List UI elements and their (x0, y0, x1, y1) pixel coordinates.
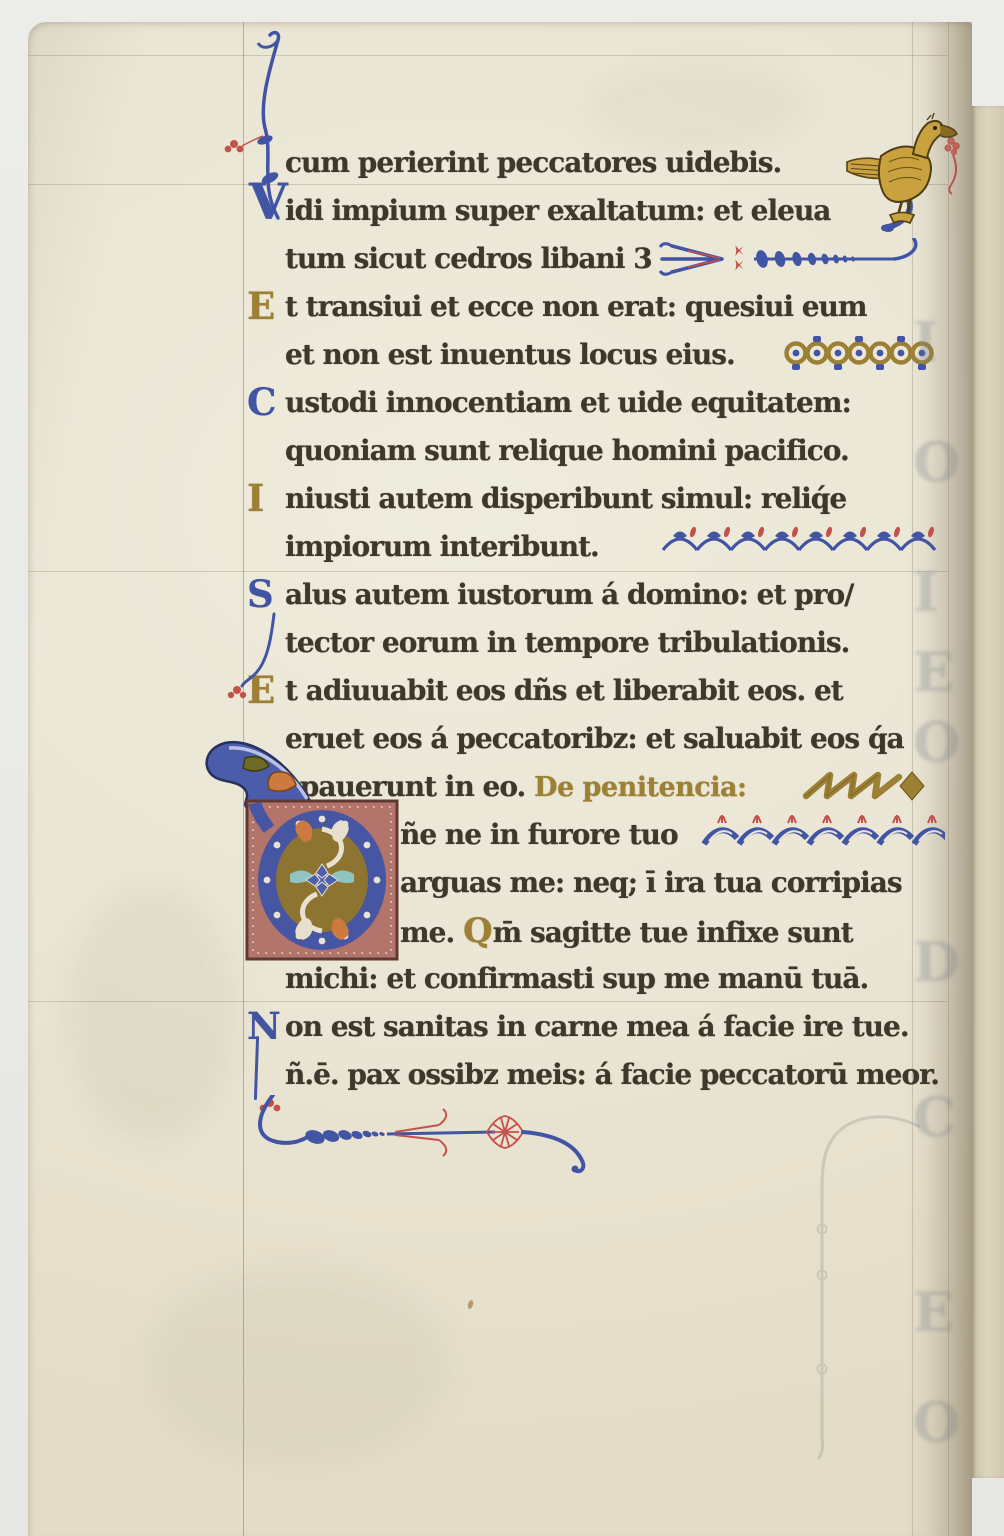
line-segment: niusti autem disperibunt simul: reliq́e (285, 482, 846, 515)
text-line: tum sicut cedros libani 3 (28, 236, 972, 284)
line-segment: on est sanitas in carne mea á facie ire… (285, 1010, 909, 1043)
adjacent-page-edge (972, 106, 1004, 1478)
line-segment: ustodi innocentiam et uide equitatem: (285, 386, 851, 419)
line-text: me. Qm̄ sagitte tue infixe sunt (400, 908, 853, 960)
text-line: michi: et confirmasti sup me manū tuā. (28, 956, 972, 1004)
text-line: eruet eos á peccatoribz: et saluabit eo… (28, 716, 972, 764)
versal-initial-I: I (247, 476, 264, 520)
line-text: idi impium super exaltatum: et eleua (285, 188, 830, 238)
text-line: Vidi impium super exaltatum: et eleua (28, 188, 972, 236)
line-text: ñe ne in furore tuo (400, 812, 678, 862)
line-segment: quoniam sunt relique homini pacifico. (285, 434, 849, 467)
text-line: Custodi innocentiam et uide equitatem: (28, 380, 972, 428)
text-line: Et transiui et ecce non erat: quesiui eu… (28, 284, 972, 332)
s-initial-descender-flourish (226, 610, 286, 706)
versal-initial-N: N (247, 1004, 281, 1048)
text-line: Non est sanitas in carne mea á facie ir… (28, 1004, 972, 1052)
text-line: me. Qm̄ sagitte tue infixe sunt (28, 908, 972, 956)
text-line: ñe ne in furore tuo (28, 812, 972, 860)
parchment-page: cum perierint peccatores uidebis.Vidi im… (28, 22, 972, 1536)
text-line: cum perierint peccatores uidebis. (28, 140, 972, 188)
text-line: et non est inuentus locus eius. (28, 332, 972, 380)
line-text: arguas me: neq; ī ira tua corripias (400, 860, 902, 910)
line-segment: michi: et confirmasti sup me manū tuā. (285, 962, 868, 995)
line-segment: tector eorum in tempore tribulationis. (285, 626, 849, 659)
line-text: tum sicut cedros libani 3 (285, 236, 652, 286)
text-line: quoniam sunt relique homini pacifico. (28, 428, 972, 476)
rubric-segment: De penitencia: (534, 772, 746, 803)
line-segment: alus autem iustorum á domino: et pro/ (285, 578, 853, 611)
text-line: spauerunt in eo. De penitencia: (28, 764, 972, 812)
illuminated-initial-d (195, 733, 400, 966)
line-text: alus autem iustorum á domino: et pro/ (285, 572, 853, 622)
text-line: Iniusti autem disperibunt simul: reliq́e (28, 476, 972, 524)
line-segment: impiorum interibunt. (285, 530, 599, 563)
line-text: t adiuuabit eos dñs et liberabit eos. et (285, 668, 843, 718)
line-text: tector eorum in tempore tribulationis. (285, 620, 849, 670)
line-segment: cum perierint peccatores uidebis. (285, 146, 781, 179)
versal-initial-E: E (247, 284, 275, 328)
line-text: cum perierint peccatores uidebis. (285, 140, 781, 190)
page-fore-edge (926, 22, 972, 1536)
rubric-segment: Q (463, 911, 493, 951)
text-line: tector eorum in tempore tribulationis. (28, 620, 972, 668)
line-segment: tum sicut cedros libani 3 (285, 242, 652, 275)
line-segment: et non est inuentus locus eius. (285, 338, 735, 371)
line-text: t transiui et ecce non erat: quesiui eum (285, 284, 867, 334)
line-text: impiorum interibunt. (285, 524, 599, 574)
line-segment: me. (400, 916, 463, 949)
manuscript-photo: { "document": { "kind": "Illuminated Lat… (0, 0, 1004, 1536)
line-segment: ñ.ē. pax ossibz meis: á facie peccatorū… (285, 1058, 939, 1091)
line-text: quoniam sunt relique homini pacifico. (285, 428, 849, 478)
line-text: on est sanitas in carne mea á facie ire… (285, 1004, 909, 1054)
ghost-flourish (788, 1107, 928, 1476)
line-segment: arguas me: neq; ī ira tua corripias (400, 866, 902, 899)
line-segment: idi impium super exaltatum: et eleua (285, 194, 830, 227)
margin-ascender-flourish (220, 28, 290, 224)
text-line: Salus autem iustorum á domino: et pro/ (28, 572, 972, 620)
versal-initial-C: C (247, 380, 276, 424)
line-text: et non est inuentus locus eius. (285, 332, 735, 382)
text-line: impiorum interibunt. (28, 524, 972, 572)
bottom-flourish (243, 1095, 623, 1187)
line-text: ustodi innocentiam et uide equitatem: (285, 380, 851, 430)
line-segment: ñe ne in furore tuo (400, 818, 678, 851)
text-line: Et adiuuabit eos dñs et liberabit eos. e… (28, 668, 972, 716)
line-segment: m̄ sagitte tue infixe sunt (493, 916, 853, 949)
line-segment: t transiui et ecce non erat: quesiui eum (285, 290, 867, 323)
line-segment: t adiuuabit eos dñs et liberabit eos. et (285, 674, 843, 707)
line-text: niusti autem disperibunt simul: reliq́e (285, 476, 846, 526)
text-line: ñ.ē. pax ossibz meis: á facie peccatorū… (28, 1052, 972, 1100)
text-line: arguas me: neq; ī ira tua corripias (28, 860, 972, 908)
